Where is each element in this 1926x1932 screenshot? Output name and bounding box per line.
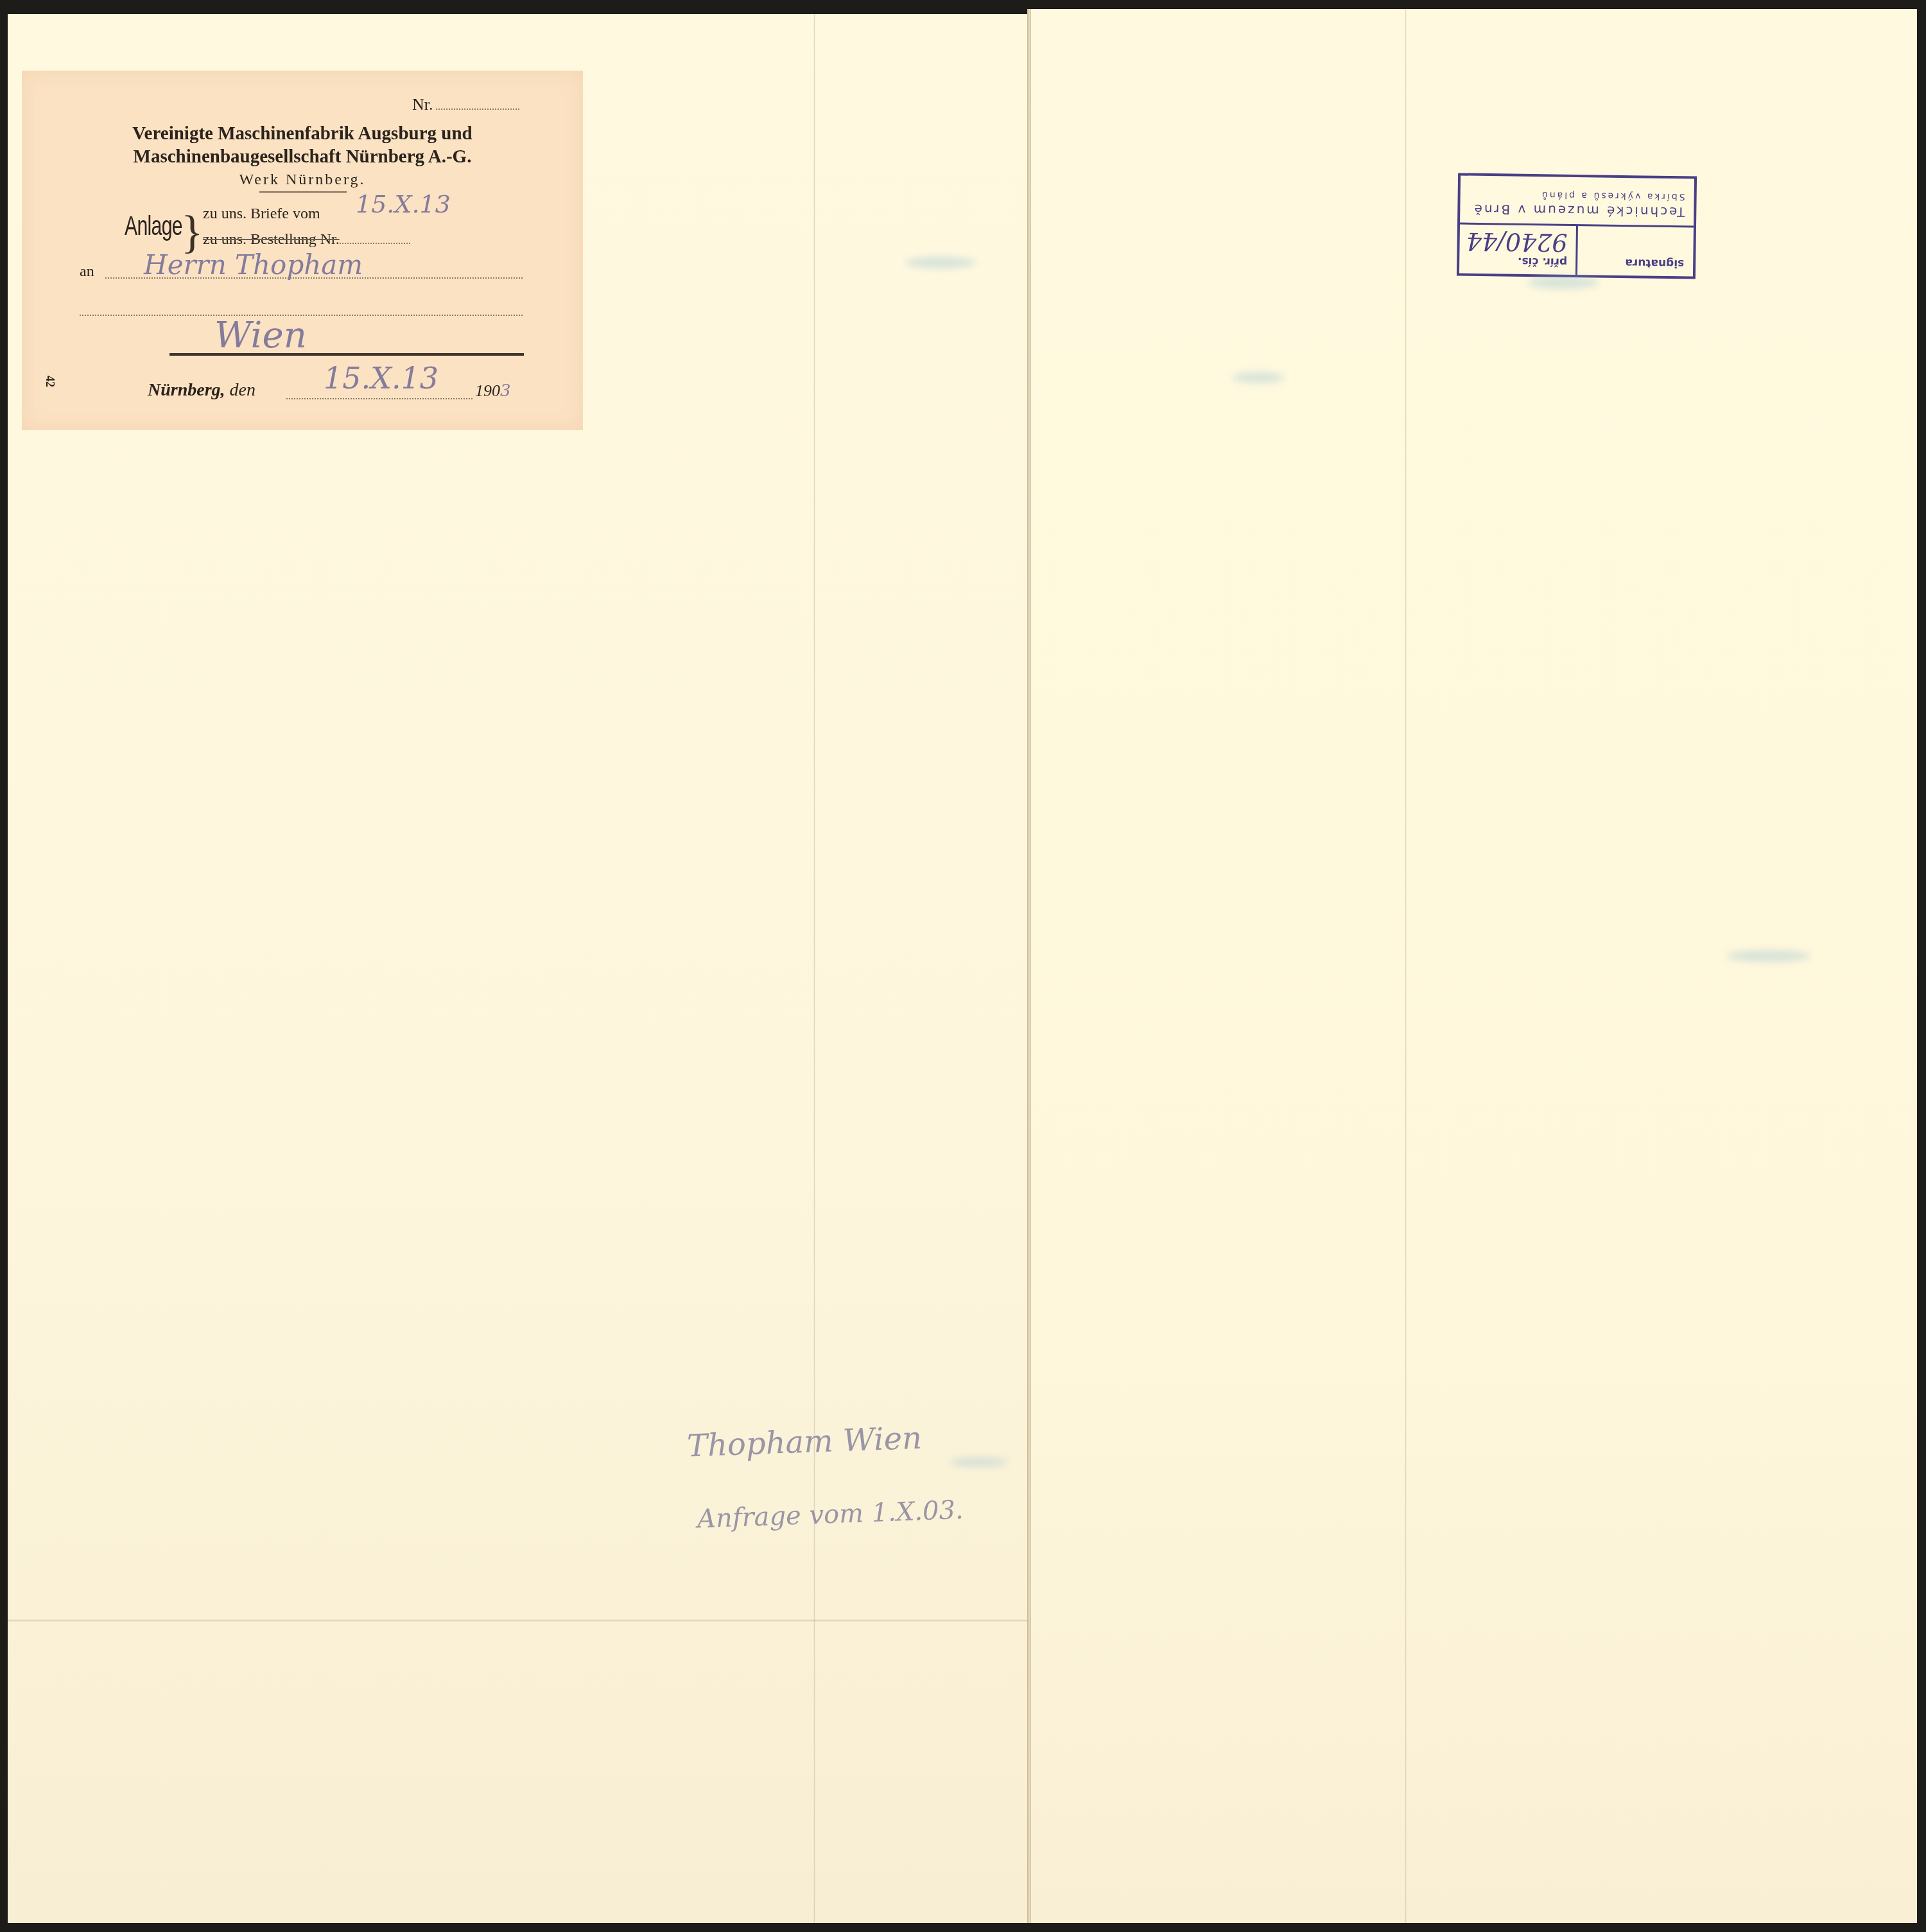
stain: [1528, 276, 1599, 289]
year-printed: 190: [475, 381, 500, 400]
museum-name: Technické muzeum v Brně: [1472, 202, 1685, 220]
enclosure-label: Nr. Vereinigte Maschinenfabrik Augsburg …: [22, 71, 583, 430]
accession-number: 9240/44: [1466, 227, 1567, 257]
form-number: 42: [43, 376, 56, 387]
fold-line-vertical: [813, 14, 815, 1923]
year-handwritten: 3: [500, 381, 511, 401]
recipient-label: an: [80, 263, 94, 281]
stain: [1233, 372, 1284, 383]
order-reference: zu uns. Bestellung Nr.: [203, 231, 410, 248]
divider: [259, 191, 347, 193]
company-name-line1: Vereinigte Maschinenfabrik Augsburg und: [22, 122, 583, 145]
stain: [905, 257, 976, 268]
enclosure-heading: Anlage: [125, 211, 182, 241]
works-name: Werk Nürnberg.: [22, 168, 583, 191]
right-page: [1031, 9, 1917, 1923]
den-label: den: [230, 380, 256, 400]
recipient-handwritten: Herrn Thopham: [144, 249, 363, 281]
company-header: Vereinigte Maschinenfabrik Augsburg und …: [22, 122, 583, 191]
place-label: Nürnberg,: [148, 380, 225, 400]
stain: [950, 1458, 1008, 1466]
place-date: Nürnberg, den: [148, 380, 256, 401]
number-field: Nr.: [412, 95, 519, 114]
collection-name: Sbírka výkresů a plánů: [1540, 189, 1685, 202]
accession-label: přír. čís.: [1518, 255, 1567, 268]
number-label: Nr.: [412, 95, 433, 114]
bold-rule: [169, 353, 524, 356]
fold-line-vertical: [1405, 9, 1407, 1923]
order-ref-label: zu uns. Bestellung Nr.: [203, 231, 340, 248]
signature-label: signatura: [1625, 256, 1684, 270]
year: 1903: [475, 381, 511, 401]
fold-line-horizontal: [8, 1619, 1031, 1622]
city-handwritten: Wien: [214, 315, 307, 356]
letter-reference: zu uns. Briefe vom: [203, 205, 320, 223]
museum-stamp: signatura přír. čís. 9240/44 Technické m…: [1457, 173, 1697, 279]
company-name-line2: Maschinenbaugesellschaft Nürnberg A.-G.: [22, 145, 583, 168]
date-line: [286, 398, 473, 399]
letter-date-handwritten: 15.X.13: [356, 190, 451, 218]
stain: [1727, 950, 1810, 962]
date-handwritten: 15.X.13: [324, 361, 438, 396]
letter-ref-label: zu uns. Briefe vom: [203, 205, 320, 222]
